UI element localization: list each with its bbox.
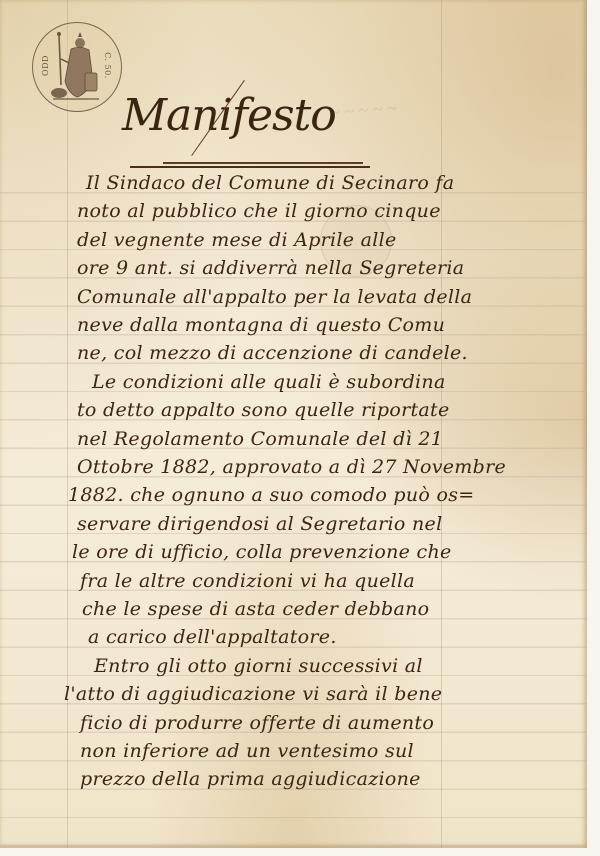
manuscript-line: noto al pubblico che il giorno cinque	[77, 200, 441, 222]
title-underline-lower	[130, 166, 370, 168]
manuscript-line: prezzo della prima aggiudicazione	[80, 768, 421, 790]
manuscript-line: servare dirigendosi al Segretario nel	[77, 513, 442, 535]
manuscript-line: Comunale all'appalto per la levata della	[77, 286, 472, 308]
manuscript-line: neve dalla montagna di questo Comu	[77, 314, 445, 336]
stamp-value-text: C. 50.	[103, 52, 112, 79]
manuscript-line: le ore di ufficio, colla prevenzione che	[72, 541, 452, 563]
bleed-through-text: ~ ~ ~ ~ ~	[329, 98, 397, 124]
manuscript-line: l'atto di aggiudicazione vi sarà il bene	[64, 683, 442, 705]
manuscript-line: Ottobre 1882, approvato a dì 27 Novembre	[77, 456, 506, 478]
stamp-left-text: ODD	[41, 55, 50, 76]
manuscript-line: to detto appalto sono quelle riportate	[77, 399, 450, 421]
revenue-stamp: ODD C. 50.	[32, 22, 122, 112]
manuscript-line: 1882. che ognuno a suo comodo può os=	[68, 484, 474, 506]
paper-sheet: ~ ~ ~ ~ ~ ODD C. 50. Manifesto Il Sindac…	[0, 0, 587, 848]
manuscript-line: Entro gli otto giorni successivi al	[94, 655, 423, 677]
left-margin-line	[67, 0, 68, 848]
manuscript-line: a carico dell'appaltatore.	[88, 626, 337, 648]
manuscript-line: ore 9 ant. si addiverrà nella Segreteria	[77, 257, 464, 279]
manuscript-line: fra le altre condizioni vi ha quella	[80, 570, 415, 592]
manuscript-line: che le spese di asta ceder debbano	[82, 598, 429, 620]
document-title: Manifesto	[122, 86, 336, 146]
manuscript-line: non inferiore ad un ventesimo sul	[80, 740, 414, 762]
right-margin-line	[441, 0, 442, 848]
manuscript-line: Le condizioni alle quali è subordina	[92, 371, 446, 393]
manuscript-line: nel Regolamento Comunale del dì 21	[77, 428, 443, 450]
manuscript-line: del vegnente mese di Aprile alle	[77, 229, 397, 251]
manuscript-line: ne, col mezzo di accenzione di candele.	[77, 342, 468, 364]
manuscript-line: ficio di produrre offerte di aumento	[80, 712, 434, 734]
title-underline-upper	[163, 162, 363, 164]
manuscript-line: Il Sindaco del Comune di Secinaro fa	[86, 172, 454, 194]
